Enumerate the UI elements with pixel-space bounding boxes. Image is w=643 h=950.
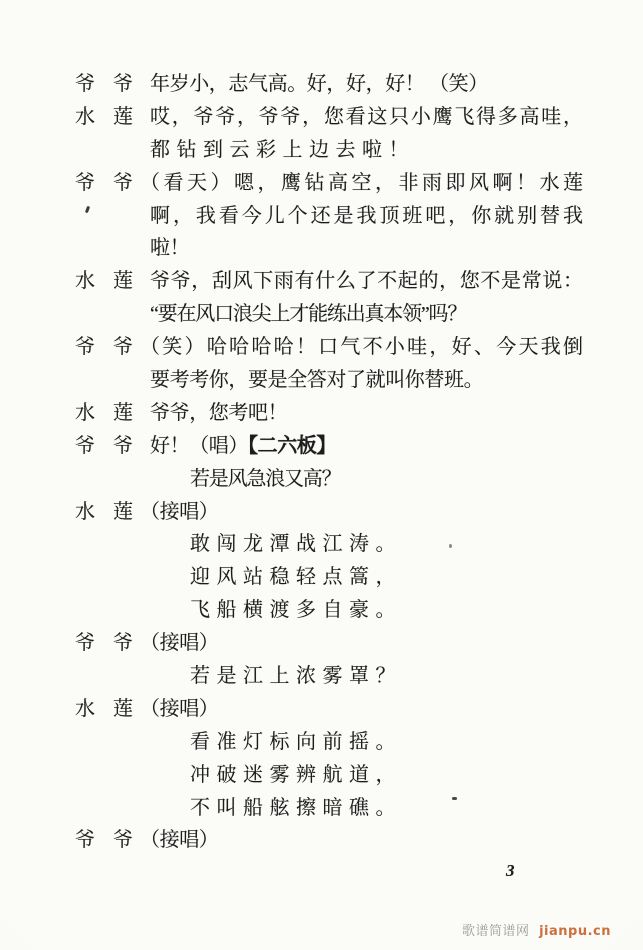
script-row: 爷爷 好！（唱）【二六板】 [0,430,643,463]
script-row: 都钻到云彩上边去啦！ [0,134,643,167]
lyric-text: 不叫船舷擦暗礁。 [190,792,402,825]
lyric-text: 若是风急浪又高？ [190,463,340,496]
speaker-name: 爷爷 [75,627,151,660]
script-row: 飞船横渡多自豪。 [0,594,643,627]
script-row: 冲破迷雾辨航道， [0,759,643,792]
speaker-name: 水莲 [75,693,151,726]
watermark-site-url: jianpu.cn [539,924,611,939]
dialogue-text: 年岁小，志气高。好，好，好！ （笑） [150,68,488,101]
script-row: 若是江上浓雾罩？ [0,660,643,693]
script-row: 爷爷 （接唱） [0,627,643,660]
script-row: “要在风口浪尖上才能练出真本领”吗？ [0,298,643,331]
stage-direction: （接唱） [150,824,218,857]
script-body: 爷爷 年岁小，志气高。好，好，好！ （笑） 水莲 哎，爷爷，爷爷，您看这只小鹰飞… [0,68,643,857]
speaker-name: 水莲 [75,397,151,430]
script-row: 水莲 哎，爷爷，爷爷，您看这只小鹰飞得多高哇， [0,101,643,134]
dialogue-text: （笑）哈哈哈哈！口气不小哇，好、今天我倒 [150,331,583,364]
stage-direction: 好！（唱） [150,435,248,457]
stage-direction: （接唱） [150,627,218,660]
lyric-text: 迎风站稳轻点篙， [190,561,402,594]
script-row: 爷爷 （看天）嗯，鹰钻高空，非雨即风啊！水莲 [0,167,643,200]
script-row: 看准灯标向前摇。 [0,726,643,759]
stage-direction: （接唱） [150,693,218,726]
dialogue-text: “要在风口浪尖上才能练出真本领”吗？ [150,298,466,331]
script-row: 迎风站稳轻点篙， [0,561,643,594]
scanned-script-page: 爷爷 年岁小，志气高。好，好，好！ （笑） 水莲 哎，爷爷，爷爷，您看这只小鹰飞… [0,0,643,950]
speaker-name: 水莲 [75,496,151,529]
stage-direction: （接唱） [150,496,218,529]
scan-speck [449,544,452,548]
dialogue-text: 啦！ [150,232,189,265]
script-row: 要考考你，要是全答对了就叫你替班。 [0,364,643,397]
page-number: 3 [506,861,515,881]
lyric-text: 冲破迷雾辨航道， [190,759,402,792]
lyric-text: 敢闯龙潭战江涛。 [190,528,402,561]
lyric-text: 看准灯标向前摇。 [190,726,402,759]
speaker-name: 爷爷 [75,68,151,101]
speaker-name: 爷爷 [75,331,151,364]
dialogue-text: 爷爷，刮风下雨有什么了不起的，您不是常说： [150,265,583,298]
script-row: 水莲 爷爷，刮风下雨有什么了不起的，您不是常说： [0,265,643,298]
speaker-name: 爷爷 [75,167,151,200]
script-row: 敢闯龙潭战江涛。 [0,528,643,561]
script-row: 不叫船舷擦暗礁。 [0,792,643,825]
dialogue-text: 都钻到云彩上边去啦！ [150,134,415,167]
speaker-name: 水莲 [75,101,151,134]
script-row: 啦！ [0,232,643,265]
script-row: 爷爷 年岁小，志气高。好，好，好！ （笑） [0,68,643,101]
dialogue-text: 爷爷，您考吧！ [150,397,287,430]
script-row: 水莲 （接唱） [0,496,643,529]
dialogue-text: （看天）嗯，鹰钻高空，非雨即风啊！水莲 [150,167,583,200]
dialogue-text: 要考考你，要是全答对了就叫你替班。 [150,364,483,397]
script-row: 啊，我看今儿个还是我顶班吧，你就别替我 [0,200,643,233]
dialogue-text: 啊，我看今儿个还是我顶班吧，你就别替我 [150,200,583,233]
speaker-name: 爷爷 [75,824,151,857]
script-row: 爷爷 （接唱） [0,824,643,857]
dialogue-text: 好！（唱）【二六板】 [150,430,336,463]
script-row: 若是风急浪又高？ [0,463,643,496]
watermark-site-name: 歌谱简谱网 [462,924,530,939]
speaker-name: 爷爷 [75,430,151,463]
script-row: 水莲 （接唱） [0,693,643,726]
watermark: 歌谱简谱网 jianpu.cn [462,920,611,939]
scan-speck [452,797,457,800]
banqiang-tag: 【二六板】 [248,435,336,457]
lyric-text: 飞船横渡多自豪。 [190,594,402,627]
dialogue-text: 哎，爷爷，爷爷，您看这只小鹰飞得多高哇， [150,101,583,134]
script-row: 水莲 爷爷，您考吧！ [0,397,643,430]
lyric-text: 若是江上浓雾罩？ [190,660,402,693]
speaker-name: 水莲 [75,265,151,298]
script-row: 爷爷 （笑）哈哈哈哈！口气不小哇，好、今天我倒 [0,331,643,364]
